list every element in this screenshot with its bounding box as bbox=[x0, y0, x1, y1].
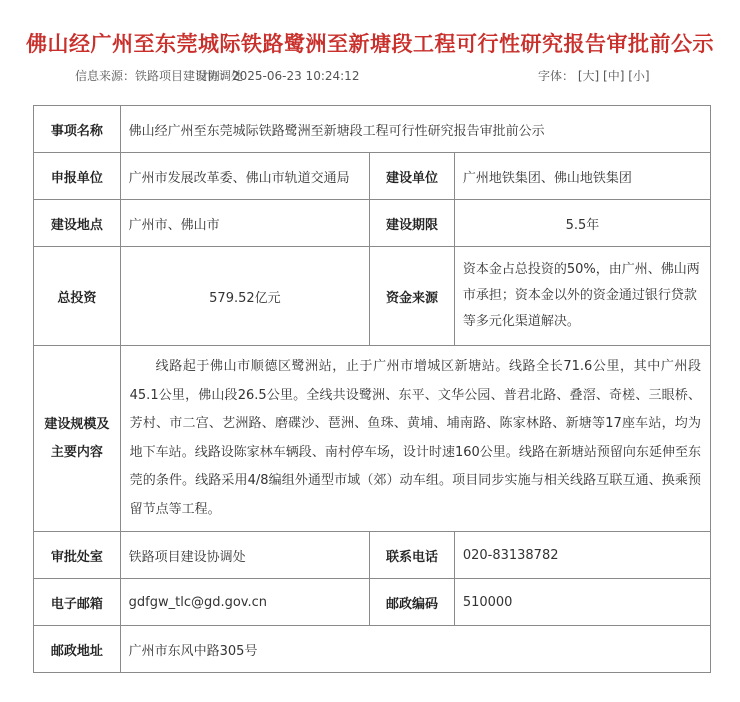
font-size-small-link[interactable]: [小] bbox=[628, 69, 649, 83]
builder-value: 广州地铁集团、佛山地铁集团 bbox=[454, 153, 710, 200]
dept-value: 铁路项目建设协调处 bbox=[120, 532, 370, 579]
article-meta: 信息来源：铁路项目建设协调处 时间：2025-06-23 10:24:12 字体… bbox=[0, 67, 740, 83]
table-row: 建设规模及 主要内容 线路起于佛山市顺德区鹭洲站，止于广州市增城区新塘站。线路全… bbox=[34, 346, 711, 532]
scope-label-line1: 建设规模及 bbox=[34, 411, 120, 439]
address-value: 广州市东风中路305号 bbox=[120, 626, 710, 673]
funding-value: 资本金占总投资的50%，由广州、佛山两市承担；资本金以外的资金通过银行贷款等多元… bbox=[454, 247, 710, 346]
applicant-label: 申报单位 bbox=[34, 153, 121, 200]
investment-label: 总投资 bbox=[34, 247, 121, 346]
item-name-value: 佛山经广州至东莞城际铁路鹭洲至新塘段工程可行性研究报告审批前公示 bbox=[120, 106, 710, 153]
postcode-value: 510000 bbox=[454, 579, 710, 626]
investment-value: 579.52亿元 bbox=[120, 247, 370, 346]
table-row: 电子邮箱 gdfgw_tlc@gd.gov.cn 邮政编码 510000 bbox=[34, 579, 711, 626]
applicant-value: 广州市发展改革委、佛山市轨道交通局 bbox=[120, 153, 370, 200]
phone-label: 联系电话 bbox=[370, 532, 455, 579]
phone-value: 020-83138782 bbox=[454, 532, 710, 579]
email-label: 电子邮箱 bbox=[34, 579, 121, 626]
period-value: 5.5年 bbox=[454, 200, 710, 247]
table-row: 总投资 579.52亿元 资金来源 资本金占总投资的50%，由广州、佛山两市承担… bbox=[34, 247, 711, 346]
project-info-table: 事项名称 佛山经广州至东莞城际铁路鹭洲至新塘段工程可行性研究报告审批前公示 申报… bbox=[33, 105, 711, 673]
item-name-label: 事项名称 bbox=[34, 106, 121, 153]
font-size-switcher: 字体： [大] [中] [小] bbox=[538, 67, 650, 84]
builder-label: 建设单位 bbox=[370, 153, 455, 200]
table-row: 事项名称 佛山经广州至东莞城际铁路鹭洲至新塘段工程可行性研究报告审批前公示 bbox=[34, 106, 711, 153]
table-row: 邮政地址 广州市东风中路305号 bbox=[34, 626, 711, 673]
table-row: 建设地点 广州市、佛山市 建设期限 5.5年 bbox=[34, 200, 711, 247]
address-label: 邮政地址 bbox=[34, 626, 121, 673]
font-size-large-link[interactable]: [大] bbox=[578, 69, 599, 83]
font-size-label: 字体： bbox=[538, 69, 574, 83]
table-row: 审批处室 铁路项目建设协调处 联系电话 020-83138782 bbox=[34, 532, 711, 579]
font-size-medium-link[interactable]: [中] bbox=[603, 69, 624, 83]
period-label: 建设期限 bbox=[370, 200, 455, 247]
postcode-label: 邮政编码 bbox=[370, 579, 455, 626]
scope-label: 建设规模及 主要内容 bbox=[34, 346, 121, 532]
scope-label-line2: 主要内容 bbox=[34, 439, 120, 467]
scope-value: 线路起于佛山市顺德区鹭洲站，止于广州市增城区新塘站。线路全长71.6公里，其中广… bbox=[120, 346, 710, 532]
email-value: gdfgw_tlc@gd.gov.cn bbox=[120, 579, 370, 626]
funding-label: 资金来源 bbox=[370, 247, 455, 346]
location-value: 广州市、佛山市 bbox=[120, 200, 370, 247]
publish-time: 时间：2025-06-23 10:24:12 bbox=[196, 67, 359, 84]
table-row: 申报单位 广州市发展改革委、佛山市轨道交通局 建设单位 广州地铁集团、佛山地铁集… bbox=[34, 153, 711, 200]
dept-label: 审批处室 bbox=[34, 532, 121, 579]
location-label: 建设地点 bbox=[34, 200, 121, 247]
page-title: 佛山经广州至东莞城际铁路鹭洲至新塘段工程可行性研究报告审批前公示 bbox=[0, 28, 740, 58]
